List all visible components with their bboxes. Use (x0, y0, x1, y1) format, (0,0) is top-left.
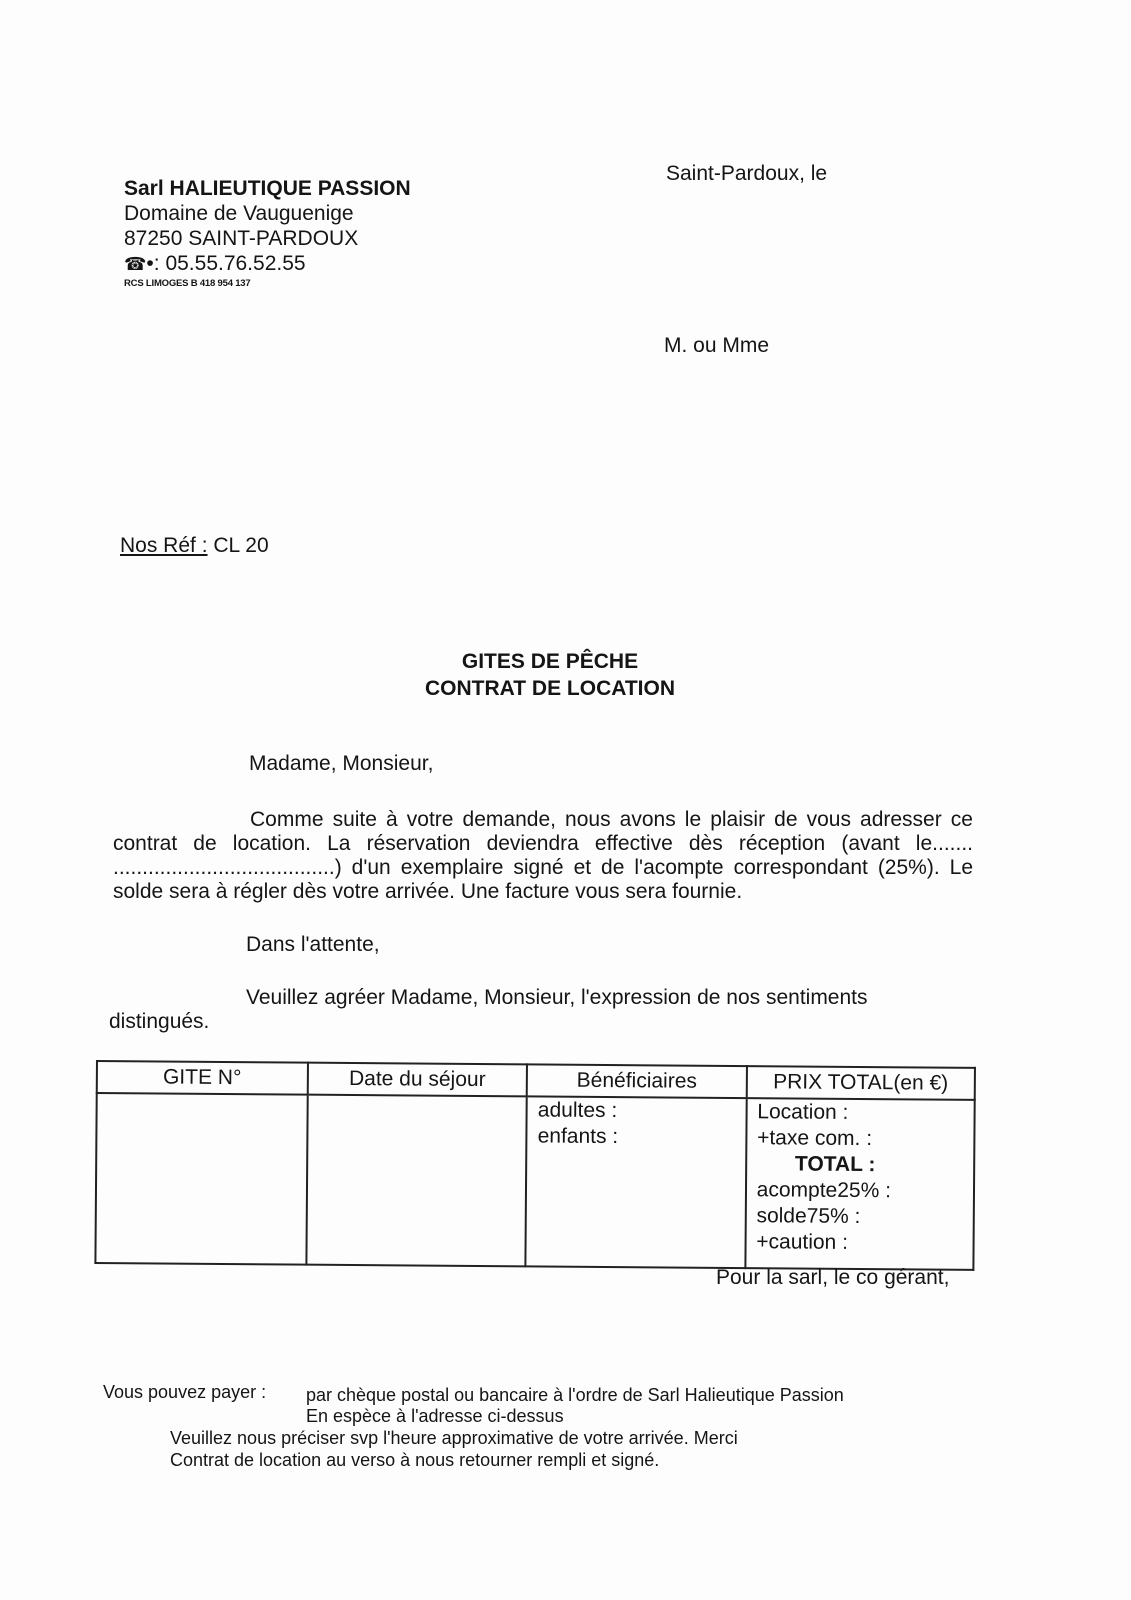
body-text: Comme suite à votre demande, nous avons … (113, 808, 973, 903)
payment-option-cash: En espèce à l'adresse ci-dessus (306, 1406, 564, 1427)
greeting: Madame, Monsieur, (249, 752, 433, 776)
header-beneficiaires: Bénéficiaires (527, 1064, 747, 1098)
header-date: Date du séjour (307, 1063, 527, 1097)
acompte-label: acompte25% : (757, 1177, 963, 1205)
telephone-icon: ☎ (124, 254, 146, 274)
caution-label: +caution : (756, 1229, 962, 1257)
arrival-note: Veuillez nous préciser svp l'heure appro… (170, 1428, 738, 1449)
signoff: Pour la sarl, le co gérant, (716, 1266, 949, 1290)
sender-block: Sarl HALIEUTIQUE PASSION Domaine de Vaug… (124, 176, 411, 291)
phone-number: •: 05.55.76.52.55 (146, 252, 305, 275)
taxe-label: +taxe com. : (757, 1125, 963, 1153)
place-date: Saint-Pardoux, le (666, 162, 827, 186)
return-note: Contrat de location au verso à nous reto… (170, 1450, 659, 1471)
payment-option-cheque: par chèque postal ou bancaire à l'ordre … (306, 1385, 844, 1406)
address-line-2: 87250 SAINT-PARDOUX (124, 226, 411, 251)
enfants-label: enfants : (538, 1123, 736, 1151)
header-gite: GITE N° (97, 1061, 308, 1095)
prix-cell[interactable]: Location : +taxe com. : TOTAL : acompte2… (745, 1098, 975, 1270)
title-line-2: CONTRAT DE LOCATION (0, 675, 1100, 702)
closing-paragraph: Veuillez agréer Madame, Monsieur, l'expr… (109, 986, 939, 1034)
solde-label: solde75% : (756, 1203, 962, 1231)
table-row: adultes : enfants : Location : +taxe com… (95, 1093, 974, 1270)
rcs-number: RCS LIMOGES B 418 954 137 (124, 277, 411, 291)
header-prix-total: PRIX TOTAL(en €) (746, 1066, 975, 1100)
reference-label: Nos Réf : (120, 534, 208, 557)
location-label: Location : (757, 1099, 963, 1127)
contract-table: GITE N° Date du séjour Bénéficiaires PRI… (94, 1060, 976, 1271)
gite-cell[interactable] (95, 1093, 307, 1265)
beneficiaires-cell[interactable]: adultes : enfants : (526, 1096, 747, 1268)
address-line-1: Domaine de Vauguenige (124, 201, 411, 226)
adultes-label: adultes : (538, 1097, 736, 1125)
document-title: GITES DE PÊCHE CONTRAT DE LOCATION (0, 648, 1100, 702)
phone-line: ☎•: 05.55.76.52.55 (124, 251, 411, 277)
date-cell[interactable] (306, 1095, 527, 1267)
waiting-line: Dans l'attente, (246, 933, 380, 957)
body-paragraph: Comme suite à votre demande, nous avons … (113, 808, 973, 904)
reference: Nos Réf : CL 20 (120, 534, 269, 558)
title-line-1: GITES DE PÊCHE (0, 648, 1100, 675)
company-name: Sarl HALIEUTIQUE PASSION (124, 176, 411, 201)
closing-text: Veuillez agréer Madame, Monsieur, l'expr… (109, 986, 868, 1033)
total-label: TOTAL : (757, 1151, 963, 1179)
reference-value: CL 20 (208, 534, 269, 557)
recipient: M. ou Mme (664, 334, 769, 358)
payment-label: Vous pouvez payer : (103, 1382, 266, 1403)
